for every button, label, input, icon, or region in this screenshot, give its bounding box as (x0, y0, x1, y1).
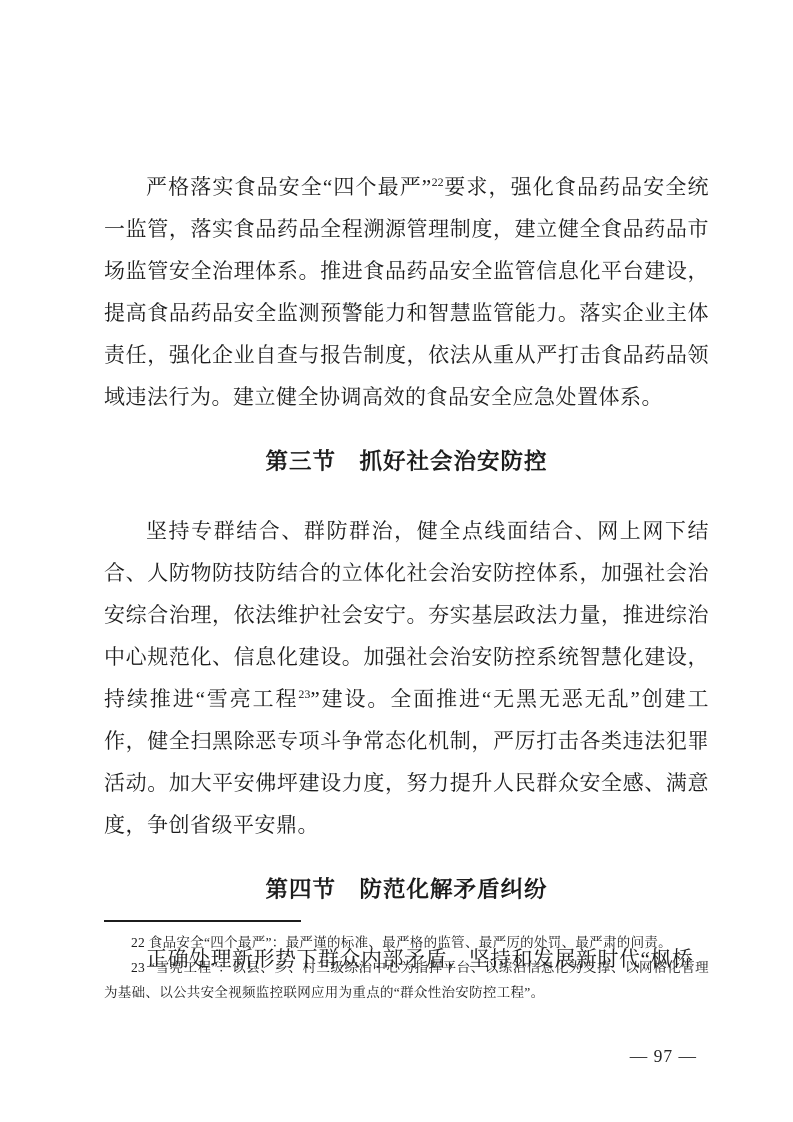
footnote-number: 22 (131, 935, 145, 950)
footnote-22: 22 食品安全“四个最严”：最严谨的标准、最严格的监管、最严厉的处罚、最严肃的问… (104, 930, 709, 955)
section-heading-3: 第三节 抓好社会治安防控 (104, 444, 709, 480)
footnote-23: 23 “雪亮工程”：以县、乡、村三级综治中心为指挥平台、以综治信息化为支撑、以网… (104, 955, 709, 1005)
paragraph-text: 要求，强化食品药品安全统一监管，落实食品药品全程溯源管理制度，建立健全食品药品市… (104, 175, 709, 409)
document-page: 严格落实食品安全“四个最严”22要求，强化食品药品安全统一监管，落实食品药品全程… (0, 0, 793, 1122)
footnotes-section: 22 食品安全“四个最严”：最严谨的标准、最严格的监管、最严厉的处罚、最严肃的问… (104, 920, 709, 1005)
paragraph-food-safety: 严格落实食品安全“四个最严”22要求，强化食品药品安全统一监管，落实食品药品全程… (104, 166, 709, 418)
footnote-ref-23: 23 (298, 687, 310, 701)
paragraph-text: 坚持专群结合、群防群治，健全点线面结合、网上网下结合、人防物防技防结合的立体化社… (104, 519, 709, 711)
footnote-ref-22: 22 (432, 175, 444, 189)
footnote-number: 23 (131, 960, 145, 975)
section-heading-4: 第四节 防范化解矛盾纠纷 (104, 872, 709, 908)
paragraph-text: 严格落实食品安全“四个最严” (146, 175, 432, 199)
footnote-text: “雪亮工程”：以县、乡、村三级综治中心为指挥平台、以综治信息化为支撑、以网格化管… (104, 960, 709, 1000)
paragraph-public-security: 坚持专群结合、群防群治，健全点线面结合、网上网下结合、人防物防技防结合的立体化社… (104, 510, 709, 846)
footnote-divider (104, 920, 301, 922)
footnote-text: 食品安全“四个最严”：最严谨的标准、最严格的监管、最严厉的处罚、最严肃的问责。 (149, 935, 672, 950)
page-number: — 97 — (630, 1046, 697, 1067)
document-body: 严格落实食品安全“四个最严”22要求，强化食品药品安全统一监管，落实食品药品全程… (0, 0, 793, 980)
